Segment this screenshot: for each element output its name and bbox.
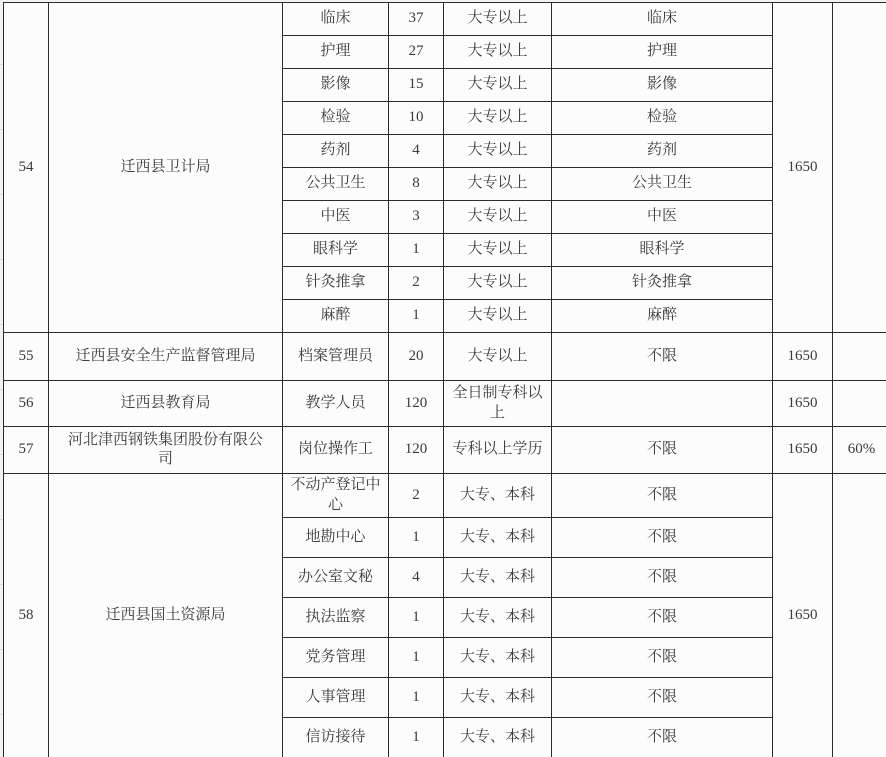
cell-organization: 迁西县国土资源局 (49, 474, 283, 757)
cell-position: 检验 (283, 102, 389, 135)
cell-position: 公共卫生 (283, 168, 389, 201)
cell-row-number: 58 (4, 474, 49, 757)
cell-education: 大专、本科 (444, 678, 552, 718)
cell-organization: 迁西县卫计局 (49, 3, 283, 333)
cell-major: 不限 (552, 333, 773, 381)
cell-position: 针灸推拿 (283, 267, 389, 300)
cell-major: 不限 (552, 718, 773, 757)
cell-major: 护理 (552, 36, 773, 69)
cell-education: 大专以上 (444, 3, 552, 36)
cell-major: 眼科学 (552, 234, 773, 267)
cell-education: 大专以上 (444, 333, 552, 381)
cell-major: 麻醉 (552, 300, 773, 333)
cell-major: 检验 (552, 102, 773, 135)
cell-count: 37 (389, 3, 444, 36)
table-row: 58迁西县国土资源局不动产登记中心2大专、本科不限1650 (4, 474, 886, 518)
cell-position: 信访接待 (283, 718, 389, 757)
cell-education: 大专以上 (444, 267, 552, 300)
cell-education: 大专、本科 (444, 558, 552, 598)
cell-row-number: 56 (4, 381, 49, 427)
cell-extra (833, 333, 886, 381)
cell-count: 120 (389, 381, 444, 427)
cell-count: 1 (389, 678, 444, 718)
cell-count: 15 (389, 69, 444, 102)
cell-position: 麻醉 (283, 300, 389, 333)
cell-major: 不限 (552, 427, 773, 474)
cell-education: 大专、本科 (444, 518, 552, 558)
cell-salary: 1650 (773, 333, 833, 381)
cell-major: 不限 (552, 558, 773, 598)
cell-education: 大专以上 (444, 135, 552, 168)
table-body: 54迁西县卫计局临床37大专以上临床1650护理27大专以上护理影像15大专以上… (4, 3, 886, 757)
cell-count: 3 (389, 201, 444, 234)
cell-salary: 1650 (773, 3, 833, 333)
cell-education: 大专、本科 (444, 474, 552, 518)
cell-extra (833, 381, 886, 427)
cell-major: 影像 (552, 69, 773, 102)
cell-major: 针灸推拿 (552, 267, 773, 300)
cell-count: 10 (389, 102, 444, 135)
cell-count: 1 (389, 718, 444, 757)
cell-major: 不限 (552, 598, 773, 638)
cell-count: 8 (389, 168, 444, 201)
cell-position: 中医 (283, 201, 389, 234)
cell-position: 眼科学 (283, 234, 389, 267)
cell-major (552, 381, 773, 427)
cell-position: 执法监察 (283, 598, 389, 638)
cell-position: 护理 (283, 36, 389, 69)
cell-count: 1 (389, 638, 444, 678)
cell-count: 120 (389, 427, 444, 474)
cell-organization: 河北津西钢铁集团股份有限公司 (49, 427, 283, 474)
cell-education: 大专以上 (444, 69, 552, 102)
cell-salary: 1650 (773, 381, 833, 427)
cell-organization: 迁西县教育局 (49, 381, 283, 427)
cell-position: 不动产登记中心 (283, 474, 389, 518)
cell-education: 大专以上 (444, 300, 552, 333)
cell-position: 影像 (283, 69, 389, 102)
cell-major: 不限 (552, 518, 773, 558)
cell-education: 全日制专科以上 (444, 381, 552, 427)
cell-count: 1 (389, 300, 444, 333)
recruitment-table: 54迁西县卫计局临床37大专以上临床1650护理27大专以上护理影像15大专以上… (3, 2, 886, 757)
cell-major: 临床 (552, 3, 773, 36)
cell-extra (833, 474, 886, 757)
cell-education: 大专以上 (444, 102, 552, 135)
cell-extra: 60% (833, 427, 886, 474)
table-row: 54迁西县卫计局临床37大专以上临床1650 (4, 3, 886, 36)
cell-education: 大专以上 (444, 168, 552, 201)
cell-row-number: 55 (4, 333, 49, 381)
cell-count: 1 (389, 598, 444, 638)
cell-count: 4 (389, 135, 444, 168)
cell-position: 人事管理 (283, 678, 389, 718)
cell-major: 不限 (552, 678, 773, 718)
cell-count: 1 (389, 518, 444, 558)
cell-position: 地勘中心 (283, 518, 389, 558)
cell-position: 党务管理 (283, 638, 389, 678)
cell-education: 大专、本科 (444, 718, 552, 757)
cell-education: 大专、本科 (444, 638, 552, 678)
cell-major: 中医 (552, 201, 773, 234)
cell-extra (833, 3, 886, 333)
cell-education: 大专以上 (444, 36, 552, 69)
cell-count: 2 (389, 474, 444, 518)
cell-row-number: 54 (4, 3, 49, 333)
cell-major: 药剂 (552, 135, 773, 168)
cell-count: 20 (389, 333, 444, 381)
cell-count: 4 (389, 558, 444, 598)
cell-education: 大专以上 (444, 234, 552, 267)
cell-education: 大专以上 (444, 201, 552, 234)
cell-count: 1 (389, 234, 444, 267)
cell-row-number: 57 (4, 427, 49, 474)
cell-position: 临床 (283, 3, 389, 36)
cell-position: 药剂 (283, 135, 389, 168)
cell-organization: 迁西县安全生产监督管理局 (49, 333, 283, 381)
cell-position: 档案管理员 (283, 333, 389, 381)
cell-education: 专科以上学历 (444, 427, 552, 474)
cell-position: 办公室文秘 (283, 558, 389, 598)
spreadsheet-background: 54迁西县卫计局临床37大专以上临床1650护理27大专以上护理影像15大专以上… (0, 0, 886, 757)
cell-salary: 1650 (773, 474, 833, 757)
cell-count: 2 (389, 267, 444, 300)
table-row: 56迁西县教育局教学人员120全日制专科以上1650 (4, 381, 886, 427)
cell-count: 27 (389, 36, 444, 69)
cell-salary: 1650 (773, 427, 833, 474)
cell-major: 公共卫生 (552, 168, 773, 201)
table-row: 55迁西县安全生产监督管理局档案管理员20大专以上不限1650 (4, 333, 886, 381)
cell-major: 不限 (552, 638, 773, 678)
cell-position: 岗位操作工 (283, 427, 389, 474)
table-row: 57河北津西钢铁集团股份有限公司岗位操作工120专科以上学历不限165060% (4, 427, 886, 474)
cell-education: 大专、本科 (444, 598, 552, 638)
cell-major: 不限 (552, 474, 773, 518)
cell-position: 教学人员 (283, 381, 389, 427)
